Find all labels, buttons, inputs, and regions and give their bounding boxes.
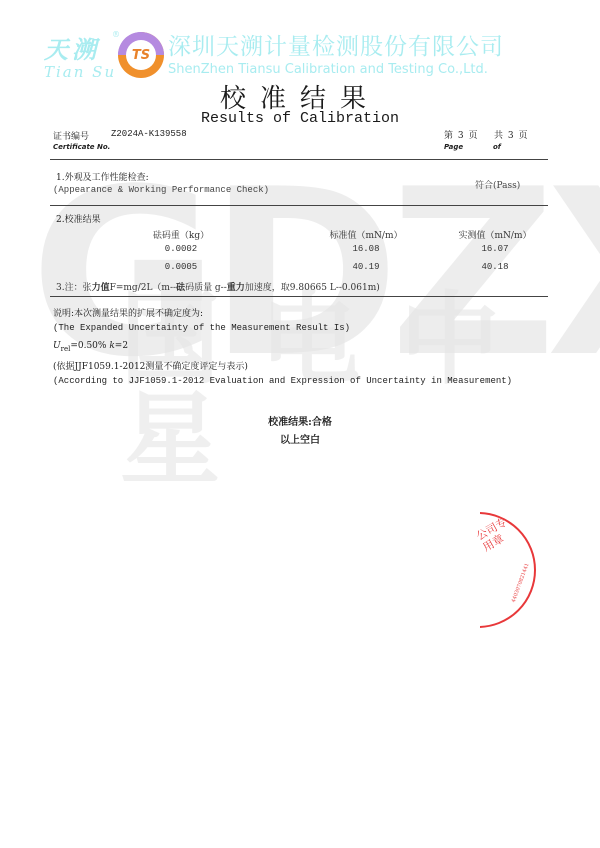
section1-result: 符合(Pass) (475, 178, 520, 191)
page-label-en: Page (444, 143, 463, 151)
certificate-number: Z2024A-K139558 (111, 129, 187, 139)
uncertainty-label-en: (The Expanded Uncertainty of the Measure… (53, 323, 350, 333)
uncertainty-value: Urel=0.50% k=2 (53, 341, 128, 353)
page-title-en: Results of Calibration (0, 110, 600, 127)
page-total-cn: 共 3 页 (494, 128, 528, 141)
column-header-measured: 实测值（mN/m） (455, 228, 535, 241)
tiansu-logo: 天溯 Tian Su (44, 30, 116, 81)
calibration-conclusion: 校准结果:合格 (0, 413, 600, 428)
page-number-cn: 第 3 页 (444, 128, 478, 141)
uncertainty-basis-en: (According to JJF1059.1-2012 Evaluation … (53, 376, 512, 386)
table-cell: 0.0005 (146, 262, 216, 272)
section1-title-en: (Appearance & Working Performance Check) (53, 185, 269, 195)
company-name-cn: 深圳天溯计量检测股份有限公司 (168, 28, 504, 61)
of-label-en: of (493, 143, 501, 151)
uncertainty-label-cn: 说明:本次测量结果的扩展不确定度为: (53, 306, 203, 319)
certificate-label-en: Certificate No. (53, 143, 110, 151)
blank-below-note: 以上空白 (0, 431, 600, 446)
table-cell: 40.18 (455, 262, 535, 272)
table-cell: 16.07 (455, 244, 535, 254)
section2-title: 2.校准结果 (56, 212, 101, 225)
divider (50, 205, 548, 206)
tiansu-badge-icon: TS (118, 32, 164, 78)
table-cell: 16.08 (326, 244, 406, 254)
divider (50, 296, 548, 297)
column-header-weight: 砝码重（kg） (146, 228, 216, 241)
certificate-label-cn: 证书编号 (53, 129, 89, 142)
brand-cn: 天溯 (44, 30, 116, 65)
column-header-standard: 标准值（mN/m） (326, 228, 406, 241)
section1-title-cn: 1.外观及工作性能检查: (56, 170, 149, 183)
section3-note: 3.注：张力值F=mg/2L（m--砝码质量 g--重力加速度，取9.80665… (56, 280, 380, 293)
table-cell: 0.0002 (146, 244, 216, 254)
watermark-chinese: 国电中星 (120, 290, 600, 490)
company-name: 深圳天溯计量检测股份有限公司 ShenZhen Tiansu Calibrati… (168, 28, 504, 77)
divider (50, 159, 548, 160)
company-name-en: ShenZhen Tiansu Calibration and Testing … (168, 62, 504, 77)
uncertainty-basis-cn: (依据JJF1059.1-2012测量不确定度评定与表示) (53, 359, 248, 372)
table-cell: 40.19 (326, 262, 406, 272)
